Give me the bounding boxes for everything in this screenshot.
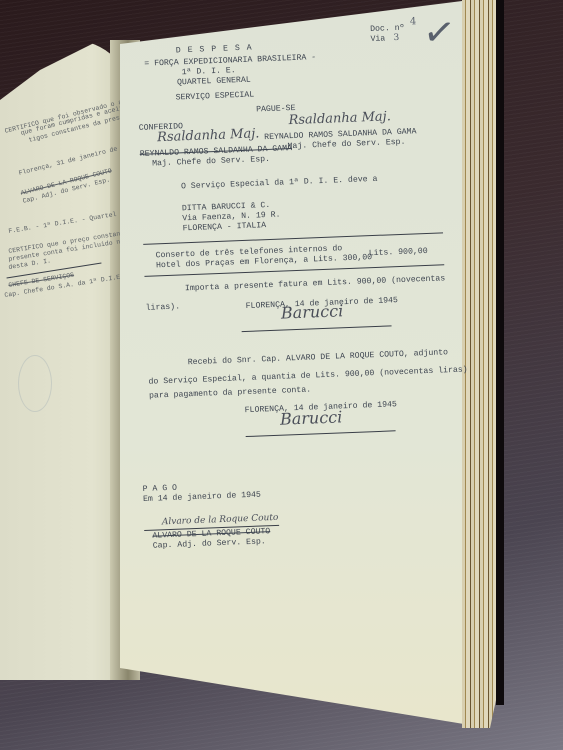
via-number: 3 bbox=[393, 33, 399, 43]
page-edges bbox=[462, 0, 500, 730]
left-approval-signature: Rsaldanha Maj. bbox=[157, 129, 260, 143]
doc-number: 4 bbox=[410, 17, 417, 27]
receipt-signature: Barucci bbox=[280, 412, 343, 424]
invoice-signature: Barucci bbox=[281, 306, 344, 318]
book-edge-shadow bbox=[496, 0, 504, 705]
doc-label: Doc. nº bbox=[370, 24, 405, 35]
via-label: Via bbox=[370, 34, 385, 45]
invoice-total-text-2: liras). bbox=[146, 302, 181, 313]
faded-stamp bbox=[18, 355, 52, 412]
right-approval-signature: Rsaldanha Maj. bbox=[288, 112, 391, 126]
check-mark-icon: ✓ bbox=[421, 10, 458, 54]
